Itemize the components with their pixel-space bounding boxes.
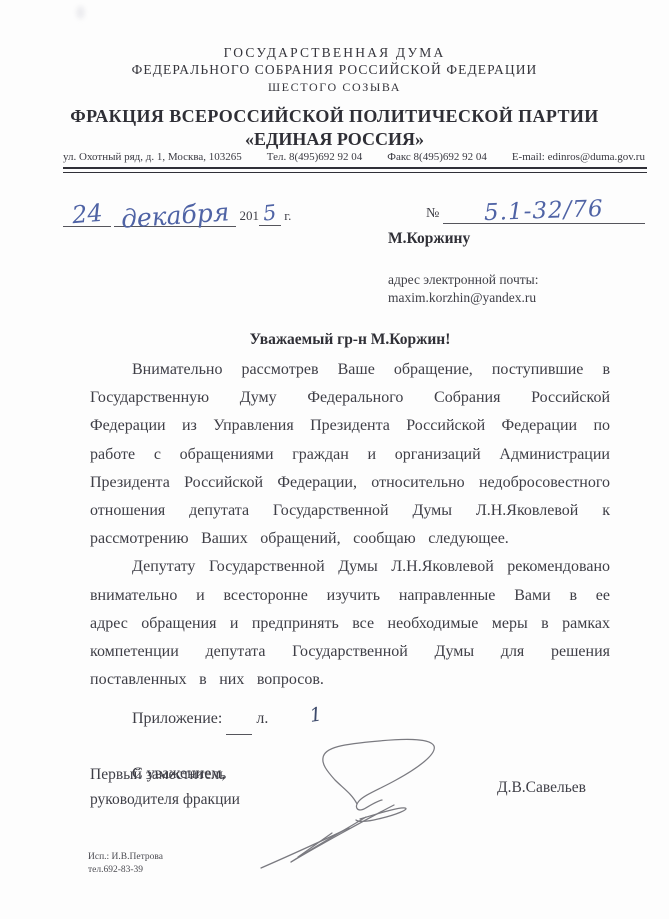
org-name-line3: ШЕСТОГО СОЗЫВА [0,78,669,96]
handwritten-year-digit: 5 [262,200,278,225]
fraction-name-line1: ФРАКЦИЯ ВСЕРОССИЙСКОЙ ПОЛИТИЧЕСКОЙ ПАРТИ… [0,105,669,128]
handwritten-day: 24 [71,199,104,230]
recipient-block: М.Коржину адрес электронной почты: maxim… [388,230,538,307]
handwritten-month: декабря [120,197,230,233]
fraction-name-line2: «ЕДИНАЯ РОССИЯ» [0,128,669,151]
number-label: № [426,206,439,221]
scan-smudge [76,6,85,19]
org-address: ул. Охотный ряд, д. 1, Москва, 103265 [63,151,242,163]
signer-title-line1: Первый заместитель [90,762,240,787]
recipient-name: М.Коржину [388,230,538,248]
date-field: 24 декабря 2015 г. [63,197,291,227]
signer-name: Д.В.Савельев [497,779,586,797]
scanned-letter-page: ГОСУДАРСТВЕННАЯ ДУМА ФЕДЕРАЛЬНОГО СОБРАН… [0,0,669,919]
date-day-underline: 24 [63,198,111,227]
recipient-email-label: адрес электронной почты: [388,271,538,289]
contact-line: ул. Охотный ряд, д. 1, Москва, 103265 Те… [63,151,645,163]
org-phone: Тел. 8(495)692 92 04 [267,151,363,163]
org-name-line2: ФЕДЕРАЛЬНОГО СОБРАНИЯ РОССИЙСКОЙ ФЕДЕРАЦ… [0,61,669,78]
date-month-underline: декабря [114,197,236,227]
outgoing-number-field: № 5.1-32/76 [426,197,645,224]
org-fax: Факс 8(495)692 92 04 [387,151,487,163]
body-paragraph-1: Внимательно рассмотрев Ваше обращение, п… [90,356,610,553]
body-paragraph-2: Депутату Государственной Думы Л.Н.Яковле… [90,553,610,694]
letterhead: ГОСУДАРСТВЕННАЯ ДУМА ФЕДЕРАЛЬНОГО СОБРАН… [0,44,669,151]
number-underline: 5.1-32/76 [443,197,645,224]
attachment-label: Приложение: [132,710,222,727]
year-printed: 201 [240,208,260,223]
signer-title-line2: руководителя фракции [90,787,240,812]
executor-name: Исп.: И.В.Петрова [88,851,163,864]
executor-block: Исп.: И.В.Петрова тел.692-83-39 [88,851,163,876]
year-suffix: г. [284,208,291,223]
salutation: Уважаемый гр-н М.Коржин! [90,331,610,349]
letterhead-divider-rule [63,167,647,173]
org-name-line1: ГОСУДАРСТВЕННАЯ ДУМА [0,44,669,61]
recipient-email: maxim.korzhin@yandex.ru [388,289,538,307]
date-number-row: 24 декабря 2015 г. № 5.1-32/76 [63,179,647,224]
signer-title: Первый заместитель руководителя фракции [90,762,240,812]
handwritten-number: 5.1-32/76 [484,196,604,226]
date-year-underline: 5 [259,201,281,226]
org-email: E-mail: edinros@duma.gov.ru [512,151,645,163]
signature-scrawl [248,716,468,886]
executor-phone: тел.692-83-39 [88,864,163,877]
